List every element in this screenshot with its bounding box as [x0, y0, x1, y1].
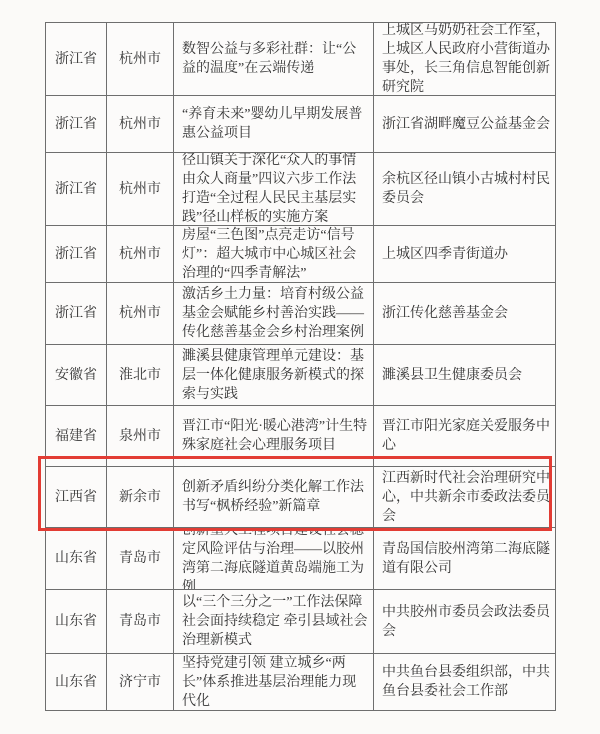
project-cell: 坚持党建引领 建立城乡“两长”体系推进基层治理能力现代化 — [174, 654, 374, 711]
province-cell: 江西省 — [46, 467, 107, 528]
table-row: 浙江省 杭州市 径山镇关于深化“众人的事情由众人商量”四议六步工作法 打造“全过… — [46, 153, 556, 226]
organization-cell: 浙江传化慈善基金会 — [374, 283, 556, 345]
table-row: 福建省 泉州市 晋江市“阳光·暖心港湾”计生特殊家庭社会心理服务项目 晋江市阳光… — [46, 406, 556, 467]
organization-cell: 上城区马奶奶社会工作室，上城区人民政府小营街道办事处，长三角信息智能创新研究院 — [374, 23, 556, 96]
organization-cell: 中共鱼台县委组织部，中共鱼台县委社会工作部 — [374, 654, 556, 711]
province-cell: 浙江省 — [46, 23, 107, 96]
table-row: 安徽省 淮北市 濉溪县健康管理单元建设：基层一体化健康服务新模式的探索与实践 濉… — [46, 345, 556, 406]
city-cell: 杭州市 — [107, 96, 174, 153]
project-cell: 晋江市“阳光·暖心港湾”计生特殊家庭社会心理服务项目 — [174, 406, 374, 467]
project-cell: 激活乡土力量：培育村级公益基金会赋能乡村善治实践——传化慈善基金会乡村治理案例 — [174, 283, 374, 345]
table-row-highlighted: 江西省 新余市 创新矛盾纠纷分类化解工作法 书写“枫桥经验”新篇章 江西新时代社… — [46, 467, 556, 528]
table-row: 浙江省 杭州市 激活乡土力量：培育村级公益基金会赋能乡村善治实践——传化慈善基金… — [46, 283, 556, 345]
table-row: 浙江省 杭州市 数智公益与多彩社群：让“公益的温度”在云端传递 上城区马奶奶社会… — [46, 23, 556, 96]
province-cell: 浙江省 — [46, 226, 107, 283]
organization-cell: 青岛国信胶州湾第二海底隧道有限公司 — [374, 528, 556, 590]
organization-cell: 中共胶州市委员会政法委员会 — [374, 590, 556, 654]
scanned-document-page: { "page": { "background_color": "#fbfaf8… — [0, 0, 600, 734]
city-cell: 新余市 — [107, 467, 174, 528]
organization-cell: 江西新时代社会治理研究中心，中共新余市委政法委员会 — [374, 467, 556, 528]
province-cell: 浙江省 — [46, 96, 107, 153]
city-cell: 青岛市 — [107, 590, 174, 654]
project-cell: 濉溪县健康管理单元建设：基层一体化健康服务新模式的探索与实践 — [174, 345, 374, 406]
organization-cell: 浙江省湖畔魔豆公益基金会 — [374, 96, 556, 153]
province-cell: 福建省 — [46, 406, 107, 467]
city-cell: 杭州市 — [107, 283, 174, 345]
table-row: 浙江省 杭州市 房屋“三色图”点亮走访“信号灯”：超大城市中心城区社会治理的“四… — [46, 226, 556, 283]
project-cell: 径山镇关于深化“众人的事情由众人商量”四议六步工作法 打造“全过程人民民主基层实… — [174, 153, 374, 226]
awards-table: 浙江省 杭州市 数智公益与多彩社群：让“公益的温度”在云端传递 上城区马奶奶社会… — [45, 22, 556, 711]
project-cell: 房屋“三色图”点亮走访“信号灯”：超大城市中心城区社会治理的“四季青解法” — [174, 226, 374, 283]
organization-cell: 上城区四季青街道办 — [374, 226, 556, 283]
project-cell: 数智公益与多彩社群：让“公益的温度”在云端传递 — [174, 23, 374, 96]
city-cell: 济宁市 — [107, 654, 174, 711]
organization-cell: 晋江市阳光家庭关爱服务中心 — [374, 406, 556, 467]
province-cell: 山东省 — [46, 528, 107, 590]
project-cell: 创新重大工程项目建设社会稳定风险评估与治理——以胶州湾第二海底隧道黄岛端施工为例 — [174, 528, 374, 590]
city-cell: 杭州市 — [107, 153, 174, 226]
organization-cell: 濉溪县卫生健康委员会 — [374, 345, 556, 406]
table-row: 山东省 济宁市 坚持党建引领 建立城乡“两长”体系推进基层治理能力现代化 中共鱼… — [46, 654, 556, 711]
province-cell: 安徽省 — [46, 345, 107, 406]
city-cell: 青岛市 — [107, 528, 174, 590]
table-row: 山东省 青岛市 以“三个三分之一”工作法保障社会面持续稳定 牵引县域社会治理新模… — [46, 590, 556, 654]
project-cell: “养育未来”婴幼儿早期发展普惠公益项目 — [174, 96, 374, 153]
province-cell: 山东省 — [46, 654, 107, 711]
organization-cell: 余杭区径山镇小古城村村民委员会 — [374, 153, 556, 226]
table-row: 浙江省 杭州市 “养育未来”婴幼儿早期发展普惠公益项目 浙江省湖畔魔豆公益基金会 — [46, 96, 556, 153]
project-cell: 创新矛盾纠纷分类化解工作法 书写“枫桥经验”新篇章 — [174, 467, 374, 528]
province-cell: 山东省 — [46, 590, 107, 654]
city-cell: 杭州市 — [107, 23, 174, 96]
table-row: 山东省 青岛市 创新重大工程项目建设社会稳定风险评估与治理——以胶州湾第二海底隧… — [46, 528, 556, 590]
city-cell: 淮北市 — [107, 345, 174, 406]
city-cell: 泉州市 — [107, 406, 174, 467]
province-cell: 浙江省 — [46, 283, 107, 345]
city-cell: 杭州市 — [107, 226, 174, 283]
project-cell: 以“三个三分之一”工作法保障社会面持续稳定 牵引县域社会治理新模式 — [174, 590, 374, 654]
province-cell: 浙江省 — [46, 153, 107, 226]
